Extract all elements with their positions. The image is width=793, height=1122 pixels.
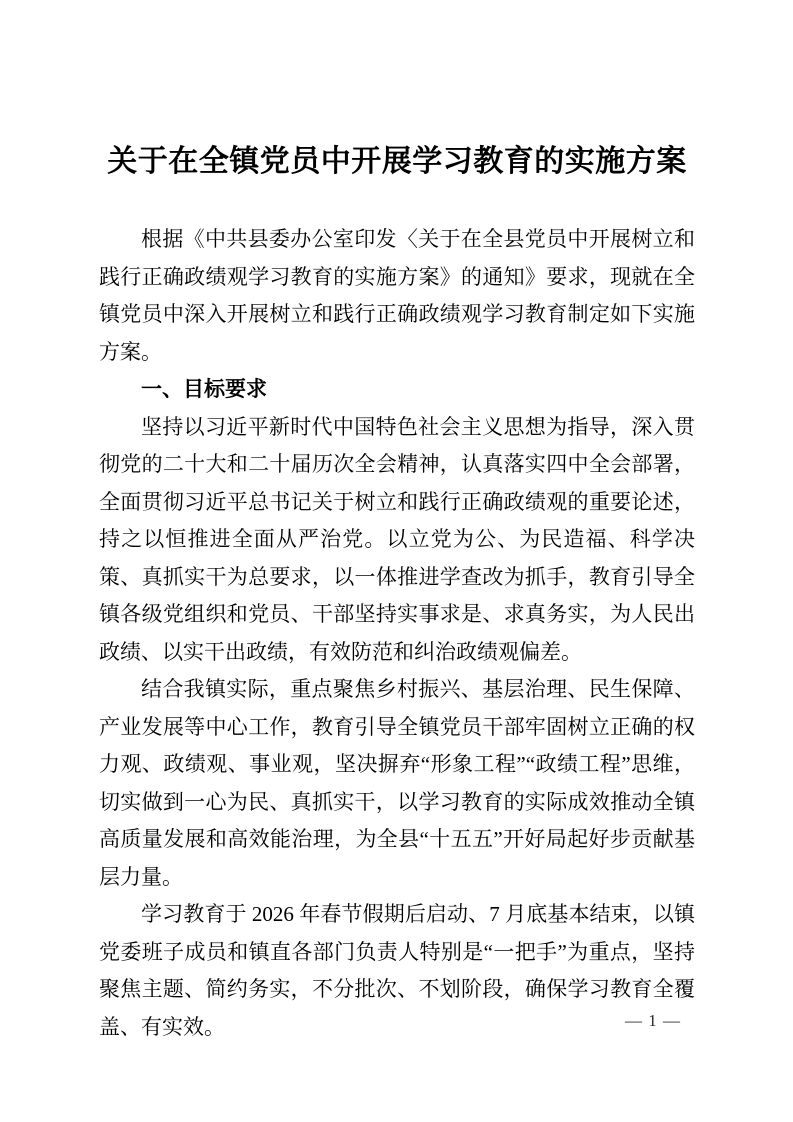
section-1-heading: 一、目标要求: [99, 371, 695, 409]
document-title: 关于在全镇党员中开展学习教育的实施方案: [99, 140, 695, 184]
section-1-paragraph-1: 坚持以习近平新时代中国特色社会主义思想为指导，深入贯彻党的二十大和二十届历次全会…: [99, 409, 695, 672]
document-content: 关于在全镇党员中开展学习教育的实施方案 根据《中共县委办公室印发〈关于在全县党员…: [99, 140, 695, 1046]
page-number: — 1 —: [625, 1010, 681, 1032]
intro-paragraph: 根据《中共县委办公室印发〈关于在全县党员中开展树立和践行正确政绩观学习教育的实施…: [99, 221, 695, 371]
section-1-paragraph-3: 学习教育于 2026 年春节假期后启动、7 月底基本结束，以镇党委班子成员和镇直…: [99, 896, 695, 1046]
section-1-paragraph-2: 结合我镇实际，重点聚焦乡村振兴、基层治理、民生保障、产业发展等中心工作，教育引导…: [99, 671, 695, 896]
document-page: 关于在全镇党员中开展学习教育的实施方案 根据《中共县委办公室印发〈关于在全县党员…: [0, 0, 793, 1122]
